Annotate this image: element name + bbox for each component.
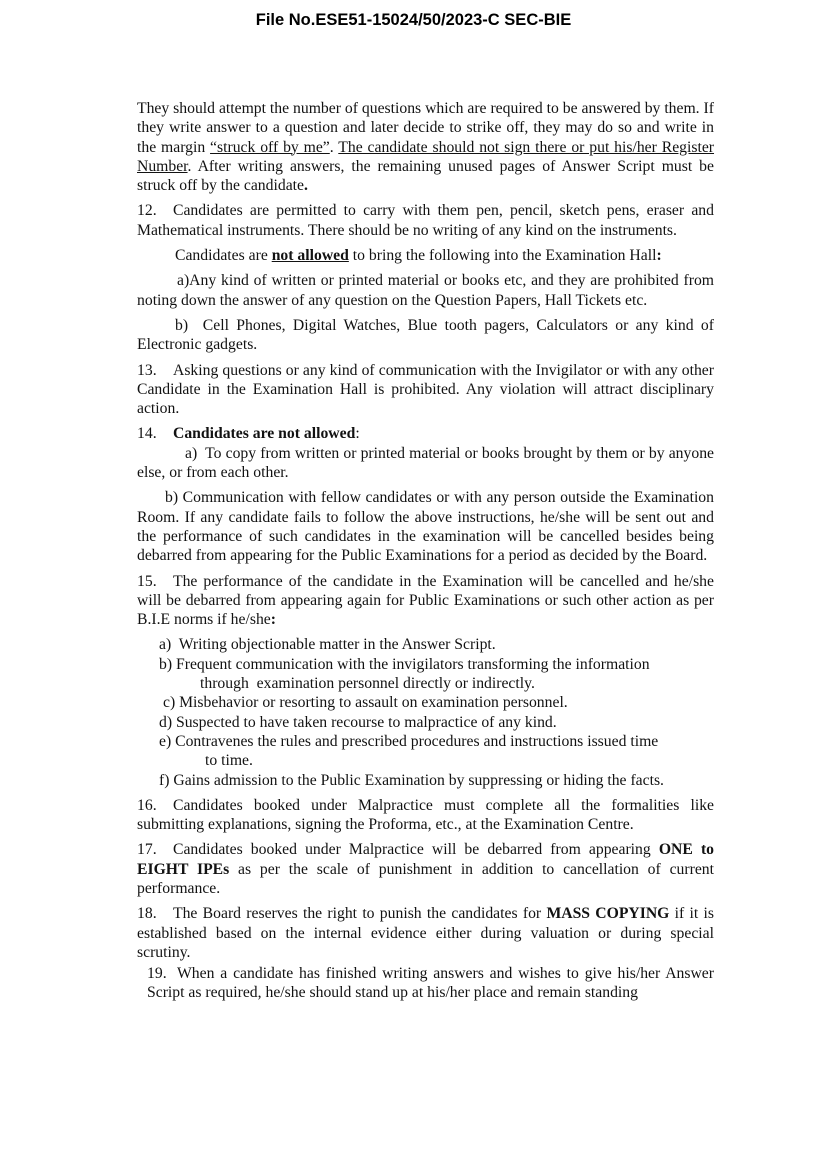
file-number-header: File No.ESE51-15024/50/2023-C SEC-BIE [0, 11, 827, 30]
text-run: 14. [137, 424, 173, 443]
item-13: 13.Asking questions or any kind of commu… [137, 361, 714, 419]
item-15d: d) Suspected to have taken recourse to m… [137, 713, 714, 732]
text-run: a)Any kind of written or printed materia… [137, 272, 714, 308]
text-run: 18. [137, 904, 173, 923]
text-run: to time. [205, 752, 253, 769]
text-run: When a candidate has finished writing an… [147, 965, 714, 1001]
text-run: Asking questions or any kind of communic… [137, 362, 714, 418]
text-run: b) Frequent communication with the invig… [159, 656, 650, 673]
item-15b-continuation: through examination personnel directly o… [137, 674, 714, 693]
text-run: : [355, 425, 359, 442]
text-run: Candidates are [175, 247, 272, 264]
text-run: 19. [147, 964, 177, 983]
text-run: Candidates booked under Malpractice will… [173, 841, 659, 858]
text-run: 12. [137, 201, 173, 220]
text-run: b) Cell Phones, Digital Watches, Blue to… [137, 317, 714, 353]
text-run: . After writing answers, the remaining u… [137, 158, 714, 194]
text-run: a) To copy from written or printed mater… [137, 445, 714, 481]
item-18: 18.The Board reserves the right to punis… [137, 904, 714, 962]
text-run: d) Suspected to have taken recourse to m… [159, 714, 557, 731]
text-run: 16. [137, 796, 173, 815]
item-12-not-allowed-note: Candidates are not allowed to bring the … [137, 246, 714, 265]
text-run: e) Contravenes the rules and prescribed … [159, 733, 658, 750]
text-run: 15. [137, 572, 173, 591]
text-run: Candidates are permitted to carry with t… [137, 202, 714, 238]
text-run: 17. [137, 840, 173, 859]
text-run: to bring the following into the Examinat… [349, 247, 657, 264]
text-run: . [330, 139, 339, 156]
text-run: Candidates booked under Malpractice must… [137, 797, 714, 833]
item-14b: b) Communication with fellow candidates … [137, 488, 714, 565]
item-15a: a) Writing objectionable matter in the A… [137, 635, 714, 654]
text-run: MASS COPYING [546, 905, 669, 922]
item-15: 15.The performance of the candidate in t… [137, 572, 714, 630]
item-17: 17.Candidates booked under Malpractice w… [137, 840, 714, 898]
text-run: 13. [137, 361, 173, 380]
item-15b: b) Frequent communication with the invig… [137, 655, 714, 674]
text-run: not allowed [272, 247, 349, 264]
text-run: The performance of the candidate in the … [137, 573, 714, 629]
item-12: 12.Candidates are permitted to carry wit… [137, 201, 714, 240]
item-14: 14.Candidates are not allowed: [137, 424, 714, 443]
text-run: : [271, 611, 276, 628]
item-19: 19.When a candidate has finished writing… [137, 964, 714, 1003]
text-run: f) Gains admission to the Public Examina… [159, 772, 664, 789]
text-run: Candidates are not allowed [173, 425, 355, 442]
item-14a: a) To copy from written or printed mater… [137, 444, 714, 483]
text-run: through examination personnel directly o… [200, 675, 535, 692]
text-run: c) Misbehavior or resorting to assault o… [163, 694, 568, 711]
paragraph-continuation: They should attempt the number of questi… [137, 99, 714, 195]
item-16: 16.Candidates booked under Malpractice m… [137, 796, 714, 835]
item-15e: e) Contravenes the rules and prescribed … [137, 732, 714, 751]
document-body: They should attempt the number of questi… [137, 99, 714, 1003]
item-12a: a)Any kind of written or printed materia… [137, 271, 714, 310]
text-run: The Board reserves the right to punish t… [173, 905, 546, 922]
item-15c: c) Misbehavior or resorting to assault o… [137, 693, 714, 712]
text-run: . [304, 177, 308, 194]
text-run: “struck off by me” [210, 139, 330, 156]
text-run: a) Writing objectionable matter in the A… [159, 636, 496, 653]
text-run: b) Communication with fellow candidates … [137, 489, 714, 564]
item-15f: f) Gains admission to the Public Examina… [137, 771, 714, 790]
item-15e-continuation: to time. [137, 751, 714, 770]
text-run: : [656, 247, 661, 264]
item-12b: b) Cell Phones, Digital Watches, Blue to… [137, 316, 714, 355]
